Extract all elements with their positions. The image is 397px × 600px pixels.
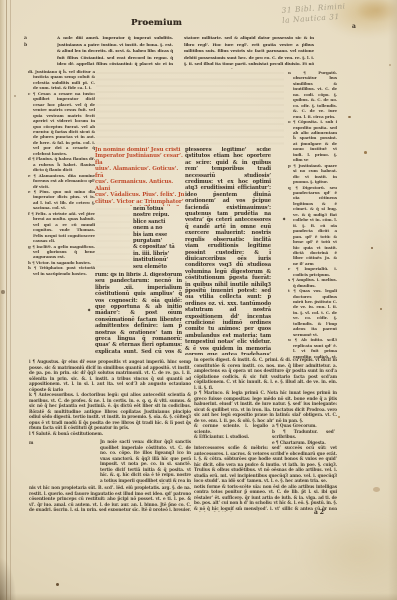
left-gloss-column: di. Justiniano q̄ h̄. vel dicitur a iust… <box>28 69 95 361</box>
commentary-entry: i ¶ Augustus. q̄r eius dr̄ esse proposit… <box>29 359 191 392</box>
fox-spot <box>371 247 373 249</box>
stain-bottom-right <box>300 515 397 590</box>
commentary-entry: l ¶ Salutē. & bonā cōstitutionem. <box>29 431 191 436</box>
main-text-left-upper: nem totius nostre reipu. blice sancti on… <box>133 206 182 271</box>
mini-gloss-entry: & Efficiantur. i. studiosi. <box>194 434 268 440</box>
mini-gloss-right: a ¶ Quas Grecorum.b ¶ Traduntur. sed’ sc… <box>272 423 335 445</box>
folio-mark: a <box>352 23 356 30</box>
gloss-entry: t ¶ Quas vos. legali doctores quibus mir… <box>288 288 337 337</box>
gloss-entry: r ¶ Imperialiū. i. codicis prīcipum. <box>288 266 337 277</box>
commentary-paragraph: intercessores scdīe & mēbris: sed’ succe… <box>194 445 337 484</box>
stain-right-mid <box>358 220 397 370</box>
fox-spot <box>389 64 391 66</box>
page-left-edge-band <box>0 0 5 600</box>
gloss-entry: s ¶ Amplius. i. melius. q̄ dmulius. <box>288 277 337 288</box>
fox-spot <box>364 151 367 154</box>
verso-show-through <box>96 72 284 145</box>
mini-gloss-left: & cornne sciente. i. legalio sciente.& E… <box>194 423 268 445</box>
gloss-entry: g ¶ Inclit9. a gelio magnificus. vel glo… <box>28 244 95 260</box>
gloss-entry: o ¶ Cōposita. i. sub i expedito posita. … <box>288 119 337 163</box>
page-edge-line-2 <box>10 0 11 600</box>
fox-spot <box>338 416 340 418</box>
fox-spot <box>56 583 59 586</box>
gloss-entry: d ¶ Flauius. q̄ habea flauius dr̄. a rub… <box>28 156 95 172</box>
bottom-commentary-m-indented: Jn noīe sacti vena: dicitur q̄q3 sanctis… <box>100 439 191 484</box>
bottom-commentary-right: in operis digest. & instit. &. C. primi.… <box>194 357 337 512</box>
gloss-entry: c ¶ Cesar. a cesare na iusto: quilibet i… <box>28 91 95 156</box>
gloss-entry: p ¶ Justinianū. quare si no cum habeat. … <box>288 163 337 185</box>
commentary-paragraph: in operis digest. & instit. &. C. primi.… <box>194 357 337 390</box>
gloss-entry: e ¶ Alamanicus. dña nomine forruus est a… <box>28 173 95 189</box>
commentary-entry: k ¶ Antecessoribus. i. doctoribus legū: … <box>29 392 191 431</box>
page-edge-line <box>6 0 7 600</box>
fox-spot <box>14 95 16 97</box>
top-commentary-left-column: A nole dñi ameñ. Imperator q̄ imperat su… <box>57 35 173 69</box>
fox-spot <box>373 487 380 492</box>
gloss-entry: q ¶ Digestorū. seu pandectarus qd’ ē oīa… <box>288 185 337 267</box>
commentary-paragraph: p ¶ Marinco. & legia primū C. Nota hīc i… <box>194 390 337 423</box>
margin-ref-letters: a b <box>24 36 30 50</box>
running-head-proemium: Proemium <box>131 18 182 28</box>
fox-spot <box>348 116 351 118</box>
mini-gloss-row: & cornne sciente. i. legalio sciente.& E… <box>194 423 337 445</box>
paragraph-bullet <box>283 218 286 221</box>
gloss-entry: di. Justiniano q̄ h̄. vel dicitur a iust… <box>28 69 95 91</box>
blank-initial-space <box>95 207 131 270</box>
mini-gloss-entry: & cornne sciente. i. legalio sciente. <box>194 423 268 434</box>
bottom-ref-letter-m: m <box>29 440 37 448</box>
fox-spot <box>380 308 382 310</box>
incunable-page-photo: 31 Bibl. Rimini la Nautica 31 Proemium a… <box>0 0 397 600</box>
gloss-entry: e ¶ Pius. quo mō mino dīa imperator dici… <box>28 189 95 211</box>
gloss-entry: h ¶ Triūphator. post victoriā vel in sac… <box>28 265 95 276</box>
bottom-commentary-left: i ¶ Augustus. q̄r eius dr̄ esse proposit… <box>29 359 191 435</box>
rubric-incipit: Jn nomine domini’ Jesu cristi Imperator … <box>95 147 187 206</box>
gathering-signature: a 2 <box>314 509 324 516</box>
main-text-right-column: p̄fessores legitime’ scdīe q̄stitutos et… <box>185 147 271 355</box>
mini-gloss-entry: b ¶ Traduntur. sed’ scribribus. <box>272 429 335 440</box>
top-commentary-right-column: statore militarie. sed & aliquid datur p… <box>184 35 314 69</box>
fox-spot <box>1 290 5 294</box>
main-text-left-lower: rum: q̄s in libris .l. digestorum seu pa… <box>95 272 182 354</box>
bottom-commentary-m-continuation: nis vt hīc non propietaria sūt. B. scd’.… <box>29 485 191 511</box>
gloss-entry: n ¶ Purgatū. obseruātur bus similibus & … <box>288 70 337 119</box>
right-gloss-column: n ¶ Purgatū. obseruātur bus similibus & … <box>288 70 337 360</box>
commentary-paragraph: notis forme & toris-scēte uīa: non ēsi d… <box>194 484 337 513</box>
gloss-entry: f ¶ Felix. a virtute añi. vel p̄ter breu… <box>28 211 95 244</box>
bottom-edge-shadow <box>0 593 397 600</box>
corner-shadow <box>0 558 16 600</box>
